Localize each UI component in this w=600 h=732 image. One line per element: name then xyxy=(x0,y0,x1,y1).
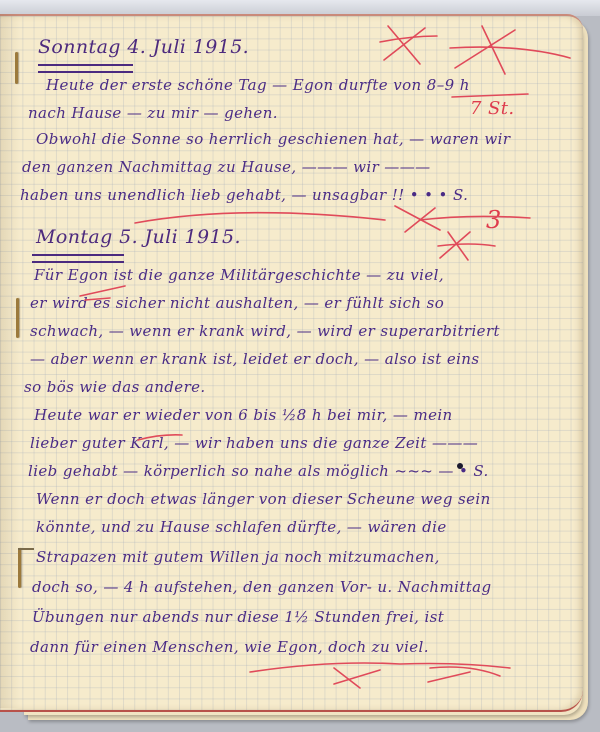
text-line: könnte, und zu Hause schlafen dürfte, — … xyxy=(36,518,447,536)
staple-icon xyxy=(16,298,19,338)
text-line: schwach, — wenn er krank wird, — wird er… xyxy=(30,322,500,340)
text-line: so bös wie das andere. xyxy=(24,378,206,396)
correction-annotation: 7 St. xyxy=(470,98,514,119)
page-spine-shadow xyxy=(0,14,20,708)
entry-heading-monday: Montag 5. Juli 1915. xyxy=(36,226,241,248)
staple-arm xyxy=(18,548,34,550)
entry-heading-sunday: Sonntag 4. Juli 1915. xyxy=(38,36,249,58)
entry-day: Montag xyxy=(36,226,113,248)
text-line: dann für einen Menschen, wie Egon, doch … xyxy=(30,638,429,656)
text-line: haben uns unendlich lieb gehabt, — unsag… xyxy=(20,186,468,204)
text-line: Strapazen mit gutem Willen ja noch mitzu… xyxy=(36,548,440,566)
text-line: lieb gehabt — körperlich so nahe als mög… xyxy=(28,462,489,480)
text-line: — aber wenn er krank ist, leidet er doch… xyxy=(30,350,479,368)
text-line: Übungen nur abends nur diese 1½ Stunden … xyxy=(32,608,444,626)
text-line: lieber guter Karl, — wir haben uns die g… xyxy=(30,434,478,452)
text-line: den ganzen Nachmittag zu Hause, ——— wir … xyxy=(22,158,431,176)
text-line: Wenn er doch etwas länger von dieser Sch… xyxy=(36,490,491,508)
heading-underline xyxy=(32,254,124,263)
text-line: Für Egon ist die ganze Militärgeschichte… xyxy=(34,266,444,284)
heading-underline xyxy=(38,64,133,73)
staple-icon xyxy=(15,52,18,84)
text-line: Heute der erste schöne Tag — Egon durfte… xyxy=(46,76,470,94)
page-number-mark: 3 xyxy=(486,206,502,234)
text-line: Heute war er wieder von 6 bis ½8 h bei m… xyxy=(34,406,453,424)
text-line: Obwohl die Sonne so herrlich geschienen … xyxy=(36,130,510,148)
entry-date: 4. Juli 1915. xyxy=(127,36,249,58)
text-line: doch so, — 4 h aufstehen, den ganzen Vor… xyxy=(32,578,492,596)
text-line: er wird es sicher nicht aushalten, — er … xyxy=(30,294,444,312)
entry-day: Sonntag xyxy=(38,36,121,58)
text-line: nach Hause — zu mir — gehen. xyxy=(28,104,278,122)
entry-date: 5. Juli 1915. xyxy=(119,226,241,248)
staple-icon xyxy=(18,548,21,588)
